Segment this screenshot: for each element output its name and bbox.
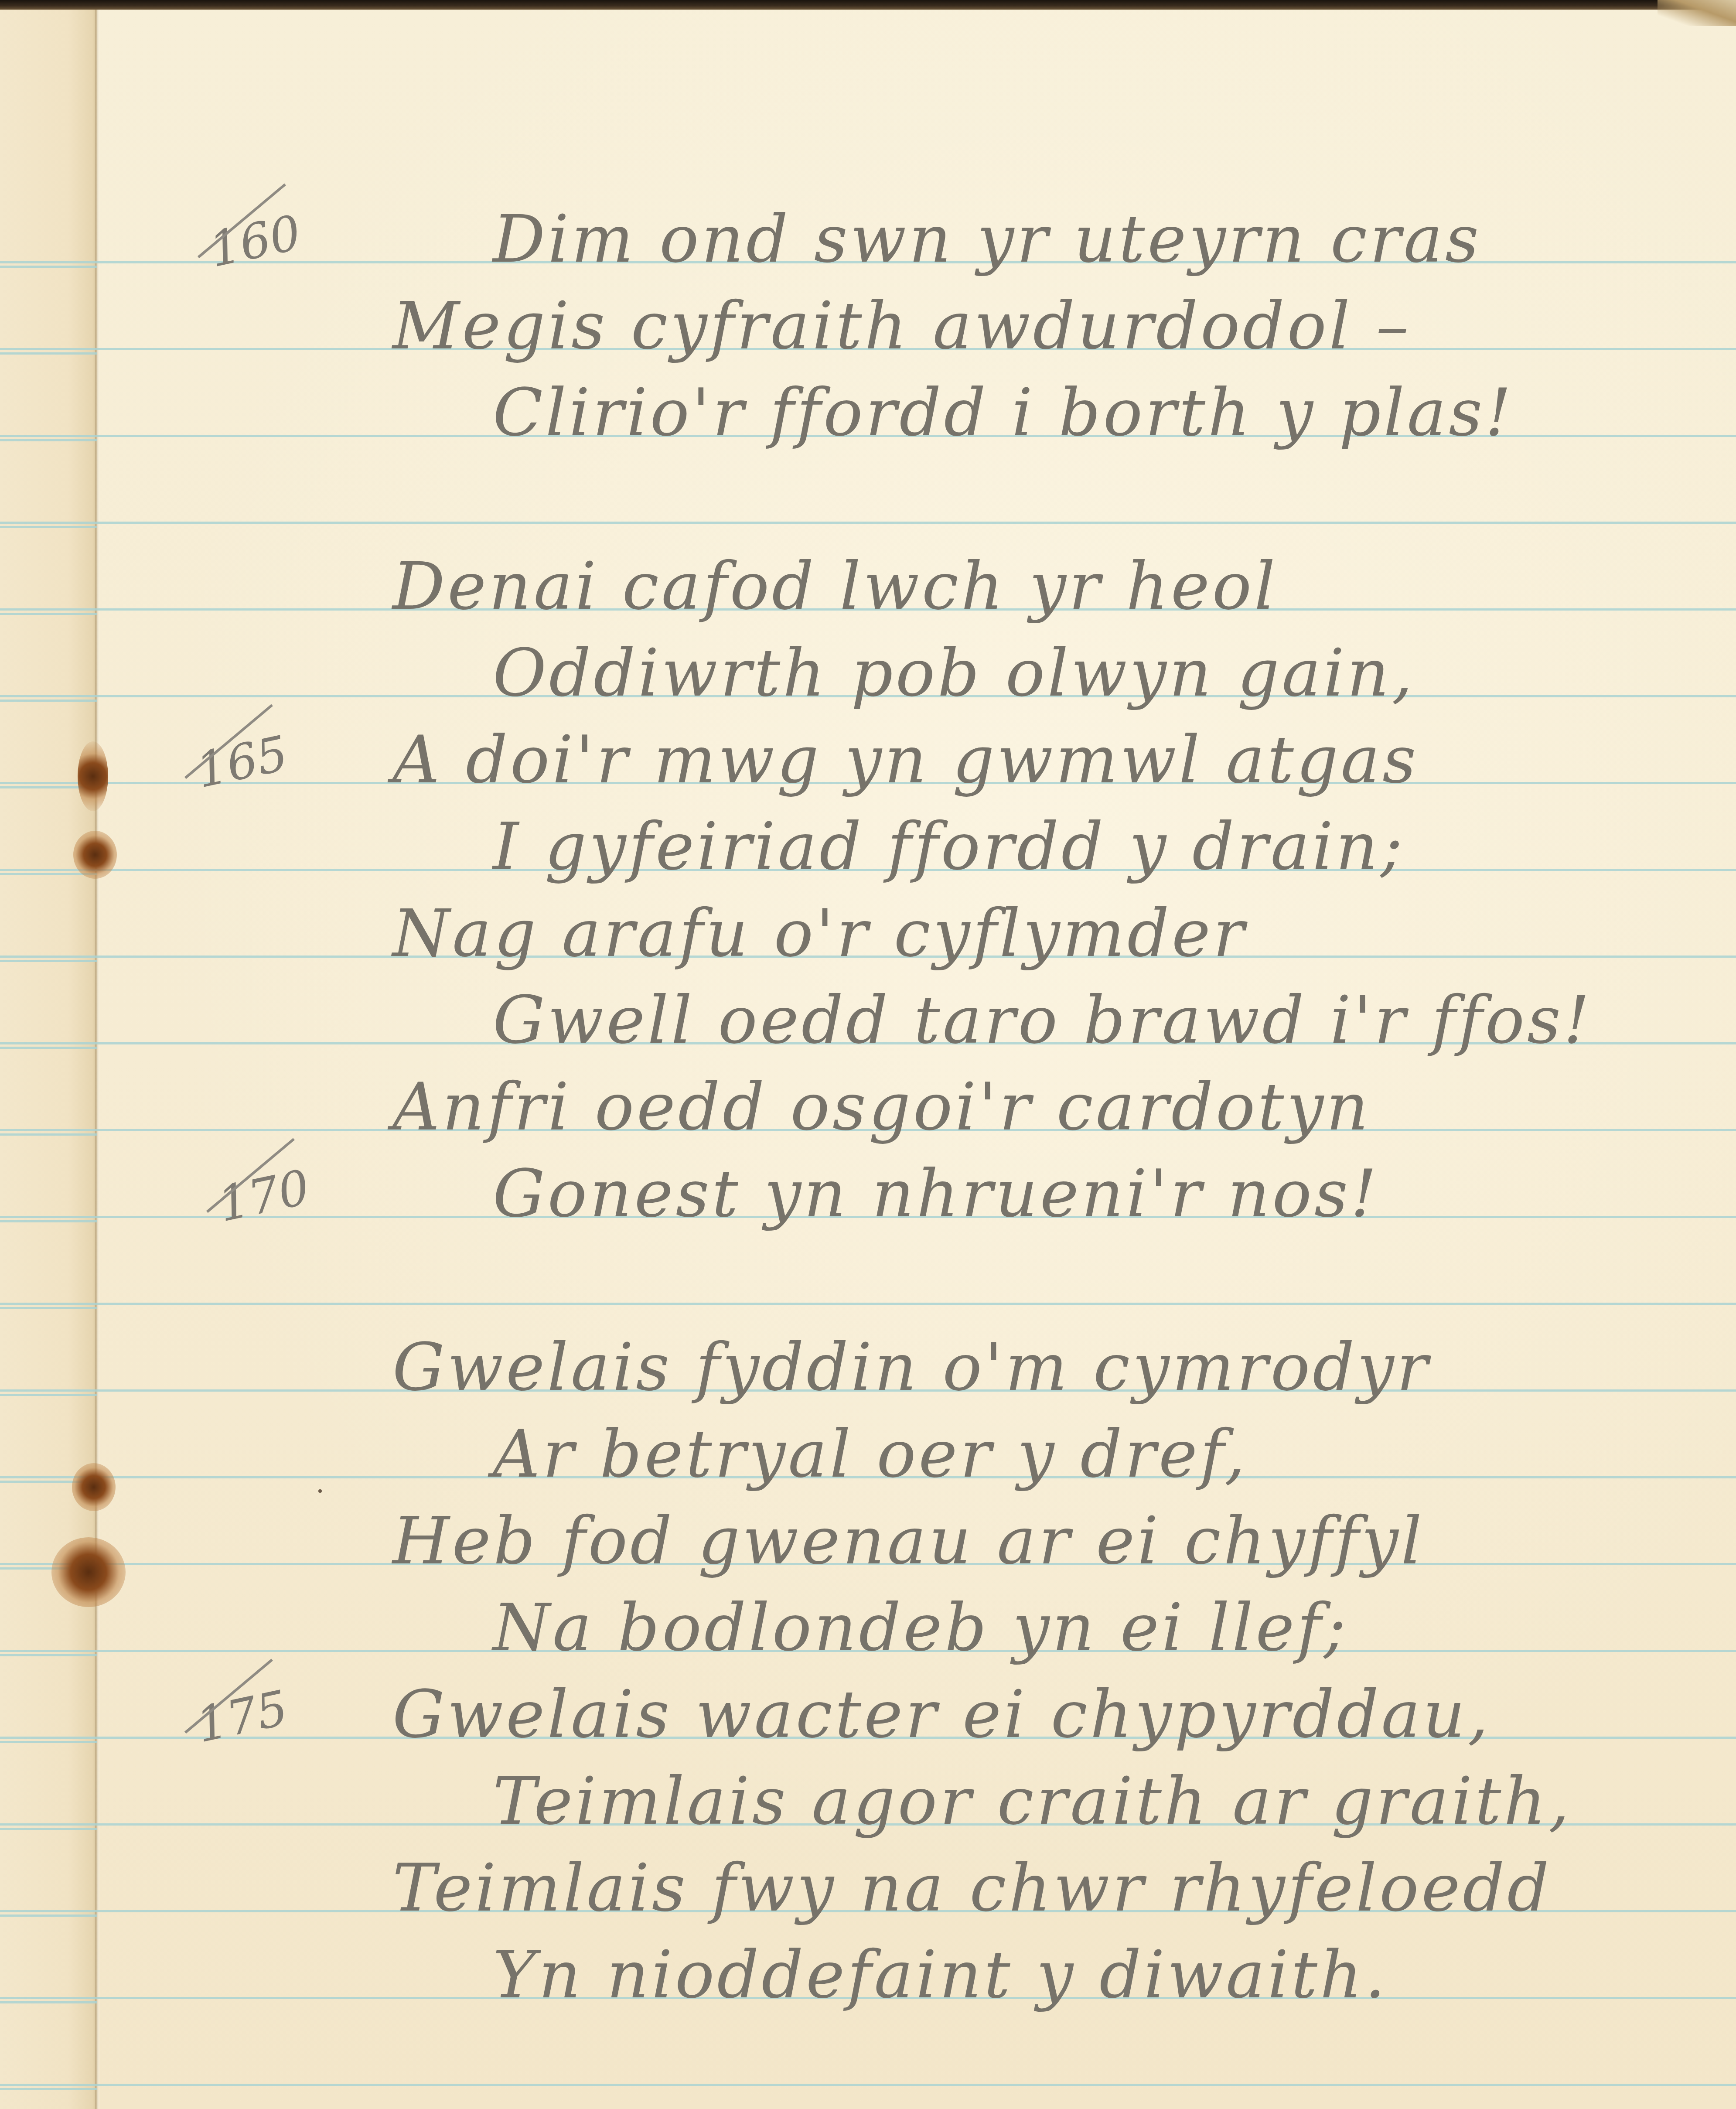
binding-margin [0, 10, 97, 2109]
ruled-line-binding [0, 439, 97, 441]
rust-stain [78, 741, 108, 811]
notebook-page: 160165170175 Dim ond swn yr uteyrn crasM… [0, 0, 1736, 2109]
ruled-line-binding [0, 1394, 97, 1396]
ruled-line-binding [0, 1914, 97, 1917]
ruled-line-binding [0, 1828, 97, 1830]
margin-number-label: 175 [191, 1680, 293, 1754]
ruled-line [0, 2084, 1736, 2086]
ruled-line-binding [0, 1654, 97, 1656]
ruled-line-binding [0, 1741, 97, 1743]
margin-number-label: 170 [213, 1159, 314, 1233]
page-corner-wear [1658, 0, 1736, 26]
ruled-line-binding [0, 1047, 97, 1049]
margin-line-number: 165 [191, 725, 293, 799]
rust-stain [73, 831, 117, 879]
poem-line: Yn nioddefaint y diwaith. [493, 1942, 1388, 2008]
poem-line: Gwelais fyddin o'm cymrodyr [392, 1335, 1431, 1400]
ruled-line-binding [0, 1133, 97, 1136]
poem-line: Teimlais fwy na chwr rhyfeloedd [392, 1856, 1552, 1921]
poem-line: Gwell oedd taro brawd i'r ffos! [493, 988, 1592, 1053]
ink-speck [318, 1489, 322, 1493]
ruled-line-binding [0, 1307, 97, 1309]
margin-line-number: 175 [191, 1680, 293, 1754]
ruled-line-binding [0, 2001, 97, 2003]
ruled-line [0, 522, 1736, 524]
poem-line: A doi'r mwg yn gwmwl atgas [392, 727, 1419, 793]
ruled-line-binding [0, 266, 97, 268]
ruled-line-binding [0, 613, 97, 615]
poem-line: Denai cafod lwch yr heol [392, 554, 1278, 619]
margin-line-number: 170 [213, 1159, 314, 1233]
margin-number-label: 165 [191, 725, 293, 799]
ruled-line [0, 1303, 1736, 1305]
poem-line: Nag arafu o'r cyflymder [392, 901, 1247, 966]
margin-number-label: 160 [205, 205, 306, 278]
ruled-line-binding [0, 526, 97, 528]
poem-line: Heb fod gwenau ar ei chyffyl [392, 1508, 1425, 1574]
poem-line: Clirio'r ffordd i borth y plas! [493, 380, 1514, 446]
poem-line: Gwelais wacter ei chypyrddau, [392, 1682, 1491, 1747]
binding-fold [95, 10, 99, 2109]
poem-line: Na bodlondeb yn ei llef; [493, 1595, 1348, 1661]
ruled-line-binding [0, 960, 97, 962]
poem-line: Megis cyfraith awdurdodol – [392, 293, 1411, 359]
ruled-line-binding [0, 2088, 97, 2090]
poem-line: Teimlais agor craith ar graith, [493, 1769, 1572, 1834]
rust-stain [72, 1463, 116, 1511]
poem-line: Dim ond swn yr uteyrn cras [493, 207, 1481, 272]
poem-line: Oddiwrth pob olwyn gain, [493, 641, 1415, 706]
ruled-line-binding [0, 352, 97, 355]
page-top-edge [0, 0, 1736, 10]
poem-line: Ar betryal oer y dref, [493, 1422, 1248, 1487]
ruled-line-binding [0, 1220, 97, 1222]
rust-stain [51, 1537, 126, 1607]
poem-line: Gonest yn nhrueni'r nos! [493, 1161, 1379, 1227]
margin-line-number: 160 [205, 205, 306, 278]
poem-line: I gyfeiriad ffordd y drain; [493, 814, 1405, 880]
ruled-line-binding [0, 700, 97, 702]
poem-line: Anfri oedd osgoi'r cardotyn [392, 1075, 1371, 1140]
